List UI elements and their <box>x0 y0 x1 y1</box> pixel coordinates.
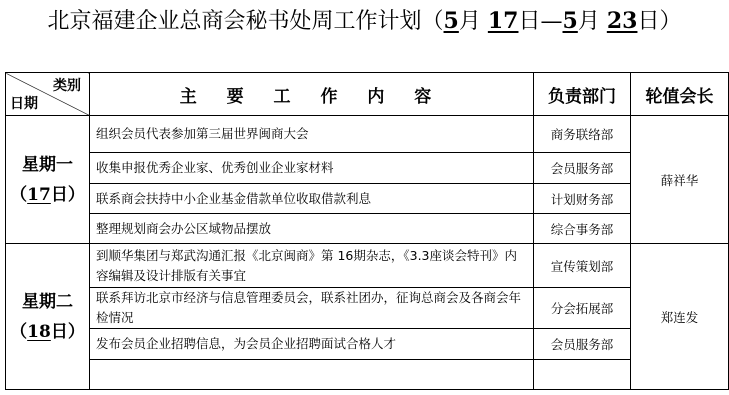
day-cell-monday: 星期一 （17日） <box>6 116 90 244</box>
task-department: 分会拓展部 <box>534 288 631 329</box>
day-number: 18 <box>27 322 51 342</box>
task-department: 会员服务部 <box>534 329 631 360</box>
title-month-end: 5 <box>563 8 578 34</box>
header-row: 类别 日期 主 要 工 作 内 容 负责部门 轮值会长 <box>6 73 729 116</box>
chairman-cell: 薛祥华 <box>631 116 729 244</box>
chairman-header: 轮值会长 <box>631 73 729 116</box>
task-department: 宣传策划部 <box>534 244 631 288</box>
title-prefix: 北京福建企业总商会秘书处周工作计划（ <box>48 9 444 34</box>
title-text: 日） <box>637 9 681 34</box>
task-department: 综合事务部 <box>534 214 631 244</box>
day-suffix: 日） <box>51 322 85 342</box>
date-label: 日期 <box>10 93 38 113</box>
task-content: 联系商会扶持中小企业基金借款单位收取借款利息 <box>90 184 534 214</box>
chairman-cell: 郑连发 <box>631 244 729 390</box>
main-content-header: 主 要 工 作 内 容 <box>90 73 534 116</box>
title-month-start: 5 <box>444 8 459 34</box>
title-text: 日— <box>518 9 562 34</box>
task-content: 发布会员企业招聘信息，为会员企业招聘面试合格人才 <box>90 329 534 360</box>
work-plan-table: 类别 日期 主 要 工 作 内 容 负责部门 轮值会长 星期一 （17日） 组织… <box>5 72 729 390</box>
day-paren: （ <box>10 322 27 342</box>
table-row <box>6 360 729 390</box>
table-row: 发布会员企业招聘信息，为会员企业招聘面试合格人才 会员服务部 <box>6 329 729 360</box>
task-department: 会员服务部 <box>534 153 631 184</box>
day-cell-tuesday: 星期二 （18日） <box>6 244 90 390</box>
table-row: 整理规划商会办公区域物品摆放 综合事务部 <box>6 214 729 244</box>
title-day-end: 23 <box>607 8 638 34</box>
task-content: 收集申报优秀企业家、优秀创业企业家材料 <box>90 153 534 184</box>
corner-header-cell: 类别 日期 <box>6 73 90 116</box>
task-content: 联系拜访北京市经济与信息管理委员会，联系社团办，征询总商会及各商会年检情况 <box>90 288 534 329</box>
title-day-start: 17 <box>488 8 519 34</box>
task-content: 到顺华集团与郑武沟通汇报《北京闽商》第 16期杂志，《3.3座谈会特刊》内容编辑… <box>90 244 534 288</box>
task-department: 计划财务部 <box>534 184 631 214</box>
title-text: 月 <box>578 9 600 34</box>
table-row: 联系商会扶持中小企业基金借款单位收取借款利息 计划财务部 <box>6 184 729 214</box>
table-row: 星期一 （17日） 组织会员代表参加第三届世界闽商大会 商务联络部 薛祥华 <box>6 116 729 153</box>
table-row: 星期二 （18日） 到顺华集团与郑武沟通汇报《北京闽商》第 16期杂志，《3.3… <box>6 244 729 288</box>
task-department <box>534 360 631 390</box>
page-title: 北京福建企业总商会秘书处周工作计划（5月 17日—5月 23日） <box>0 4 729 35</box>
day-number: 17 <box>27 185 51 205</box>
weekday-label: 星期一 <box>6 150 89 180</box>
table-row: 联系拜访北京市经济与信息管理委员会，联系社团办，征询总商会及各商会年检情况 分会… <box>6 288 729 329</box>
task-content: 组织会员代表参加第三届世界闽商大会 <box>90 116 534 153</box>
task-content <box>90 360 534 390</box>
task-department: 商务联络部 <box>534 116 631 153</box>
task-content: 整理规划商会办公区域物品摆放 <box>90 214 534 244</box>
weekday-label: 星期二 <box>6 287 89 317</box>
department-header: 负责部门 <box>534 73 631 116</box>
table-row: 收集申报优秀企业家、优秀创业企业家材料 会员服务部 <box>6 153 729 184</box>
day-suffix: 日） <box>51 185 85 205</box>
category-label: 类别 <box>53 75 81 95</box>
title-text: 月 <box>459 9 481 34</box>
day-paren: （ <box>10 185 27 205</box>
